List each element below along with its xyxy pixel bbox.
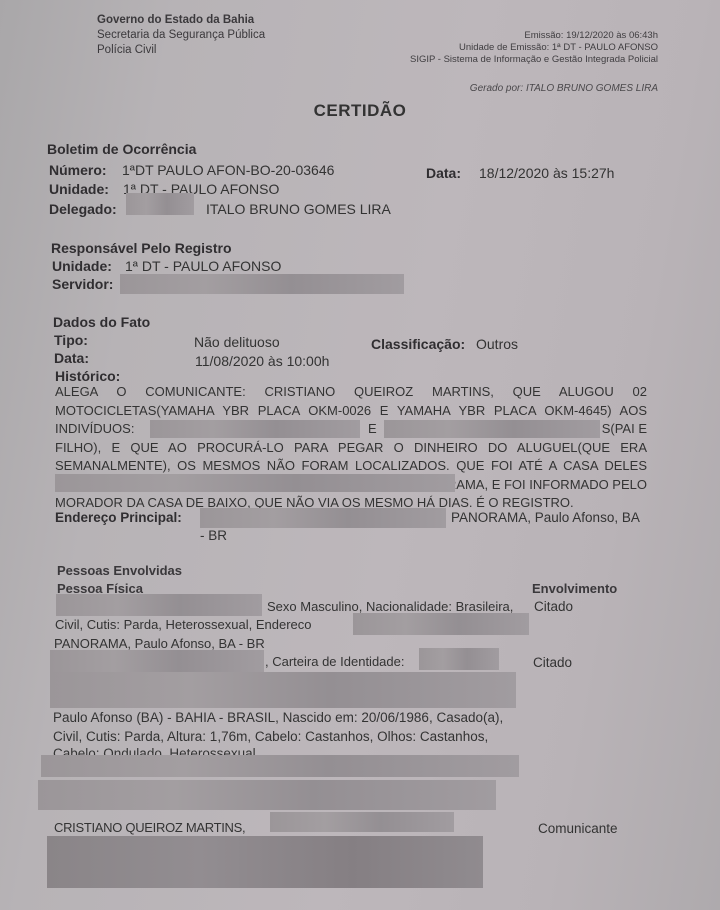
numero-value: 1ªDT PAULO AFON-BO-20-03646 (122, 162, 334, 178)
redacted-block (384, 420, 600, 438)
numero-label: Número: (49, 162, 107, 178)
redacted-block (41, 755, 519, 777)
person2-line5: Civil, Cutis: Parda, Altura: 1,76m, Cabe… (53, 729, 488, 744)
person1-line1: Sexo Masculino, Nacionalidade: Brasileir… (267, 599, 513, 614)
historico-line: FILHO), E QUE AO PROCURÁ-LO PARA PEGAR O… (55, 439, 647, 458)
redacted-block (200, 508, 446, 528)
redacted-block (56, 594, 262, 616)
generated-by: Gerado por: ITALO BRUNO GOMES LIRA (470, 83, 658, 94)
redacted-block (50, 672, 516, 708)
redacted-block (120, 274, 404, 294)
fato-data-label: Data: (54, 350, 89, 366)
historico-line: MOTOCICLETAS(YAMAHA YBR PLACA OKM-0026 E… (55, 402, 647, 421)
certidao-document: Governo do Estado da Bahia Secretaria da… (0, 0, 720, 910)
section-boletim: Boletim de Ocorrência (47, 141, 196, 157)
redacted-block (38, 780, 496, 810)
redacted-block (126, 193, 194, 215)
delegado-value: ITALO BRUNO GOMES LIRA (206, 201, 391, 217)
historico-label: Histórico: (55, 368, 120, 384)
section-fato: Dados do Fato (53, 314, 150, 330)
endereco-label: Endereço Principal: (55, 510, 182, 525)
unidade-label: Unidade: (49, 181, 109, 197)
org-secretaria: Secretaria da Segurança Pública (97, 28, 265, 43)
resp-unidade-value: 1ª DT - PAULO AFONSO (125, 258, 281, 274)
section-pessoas: Pessoas Envolvidas (57, 563, 182, 578)
person1-line3: PANORAMA, Paulo Afonso, BA - BR (54, 636, 265, 651)
emission-unit: Unidade de Emissão: 1ª DT - PAULO AFONSO (410, 42, 658, 54)
person2-envolvimento: Citado (533, 655, 572, 670)
endereco-value: PANORAMA, Paulo Afonso, BA (451, 510, 640, 525)
person1-envolvimento: Citado (534, 599, 573, 614)
redacted-block (150, 420, 360, 438)
classificacao-value: Outros (476, 336, 518, 352)
fato-data-value: 11/08/2020 às 10:00h (195, 353, 329, 369)
historico-line: ALEGA O COMUNICANTE: CRISTIANO QUEIROZ M… (55, 383, 647, 402)
delegado-label: Delegado: (49, 201, 117, 217)
servidor-label: Servidor: (52, 276, 113, 292)
person1-line2: Civil, Cutis: Parda, Heterossexual, Ende… (55, 617, 312, 632)
redacted-block (47, 836, 483, 888)
resp-unidade-label: Unidade: (52, 258, 112, 274)
redacted-block (50, 650, 264, 674)
redacted-block (270, 812, 454, 832)
org-header: Governo do Estado da Bahia Secretaria da… (97, 13, 265, 58)
system-name: SIGIP - Sistema de Informação e Gestão I… (410, 54, 658, 66)
endereco-value-country: - BR (200, 528, 227, 543)
historico-text: ALEGA O COMUNICANTE: CRISTIANO QUEIROZ M… (55, 383, 647, 513)
section-responsavel: Responsável Pelo Registro (51, 240, 232, 256)
org-policia: Polícia Civil (97, 43, 265, 58)
person2-line4: Paulo Afonso (BA) - BAHIA - BRASIL, Nasc… (53, 710, 503, 725)
person3-envolvimento: Comunicante (538, 821, 618, 836)
redacted-block (353, 613, 529, 635)
person3-name: CRISTIANO QUEIROZ MARTINS, (54, 820, 245, 835)
redacted-block (419, 648, 499, 670)
tipo-value: Não delituoso (194, 334, 280, 350)
envolvimento-header: Envolvimento (532, 581, 617, 596)
data-label: Data: (426, 165, 461, 181)
tipo-label: Tipo: (54, 332, 88, 348)
classificacao-label: Classificação: (371, 336, 465, 352)
org-government: Governo do Estado da Bahia (97, 13, 265, 28)
historico-line: SEMANALMENTE), OS MESMOS NÃO FORAM LOCAL… (55, 457, 647, 476)
data-value: 18/12/2020 às 15:27h (479, 165, 614, 181)
emission-date: Emissão: 19/12/2020 às 06:43h (410, 30, 658, 42)
page-title: CERTIDÃO (0, 101, 720, 121)
person2-line1: , Carteira de Identidade: (265, 654, 404, 669)
emission-info: Emissão: 19/12/2020 às 06:43h Unidade de… (410, 30, 658, 66)
redacted-block (55, 474, 455, 492)
